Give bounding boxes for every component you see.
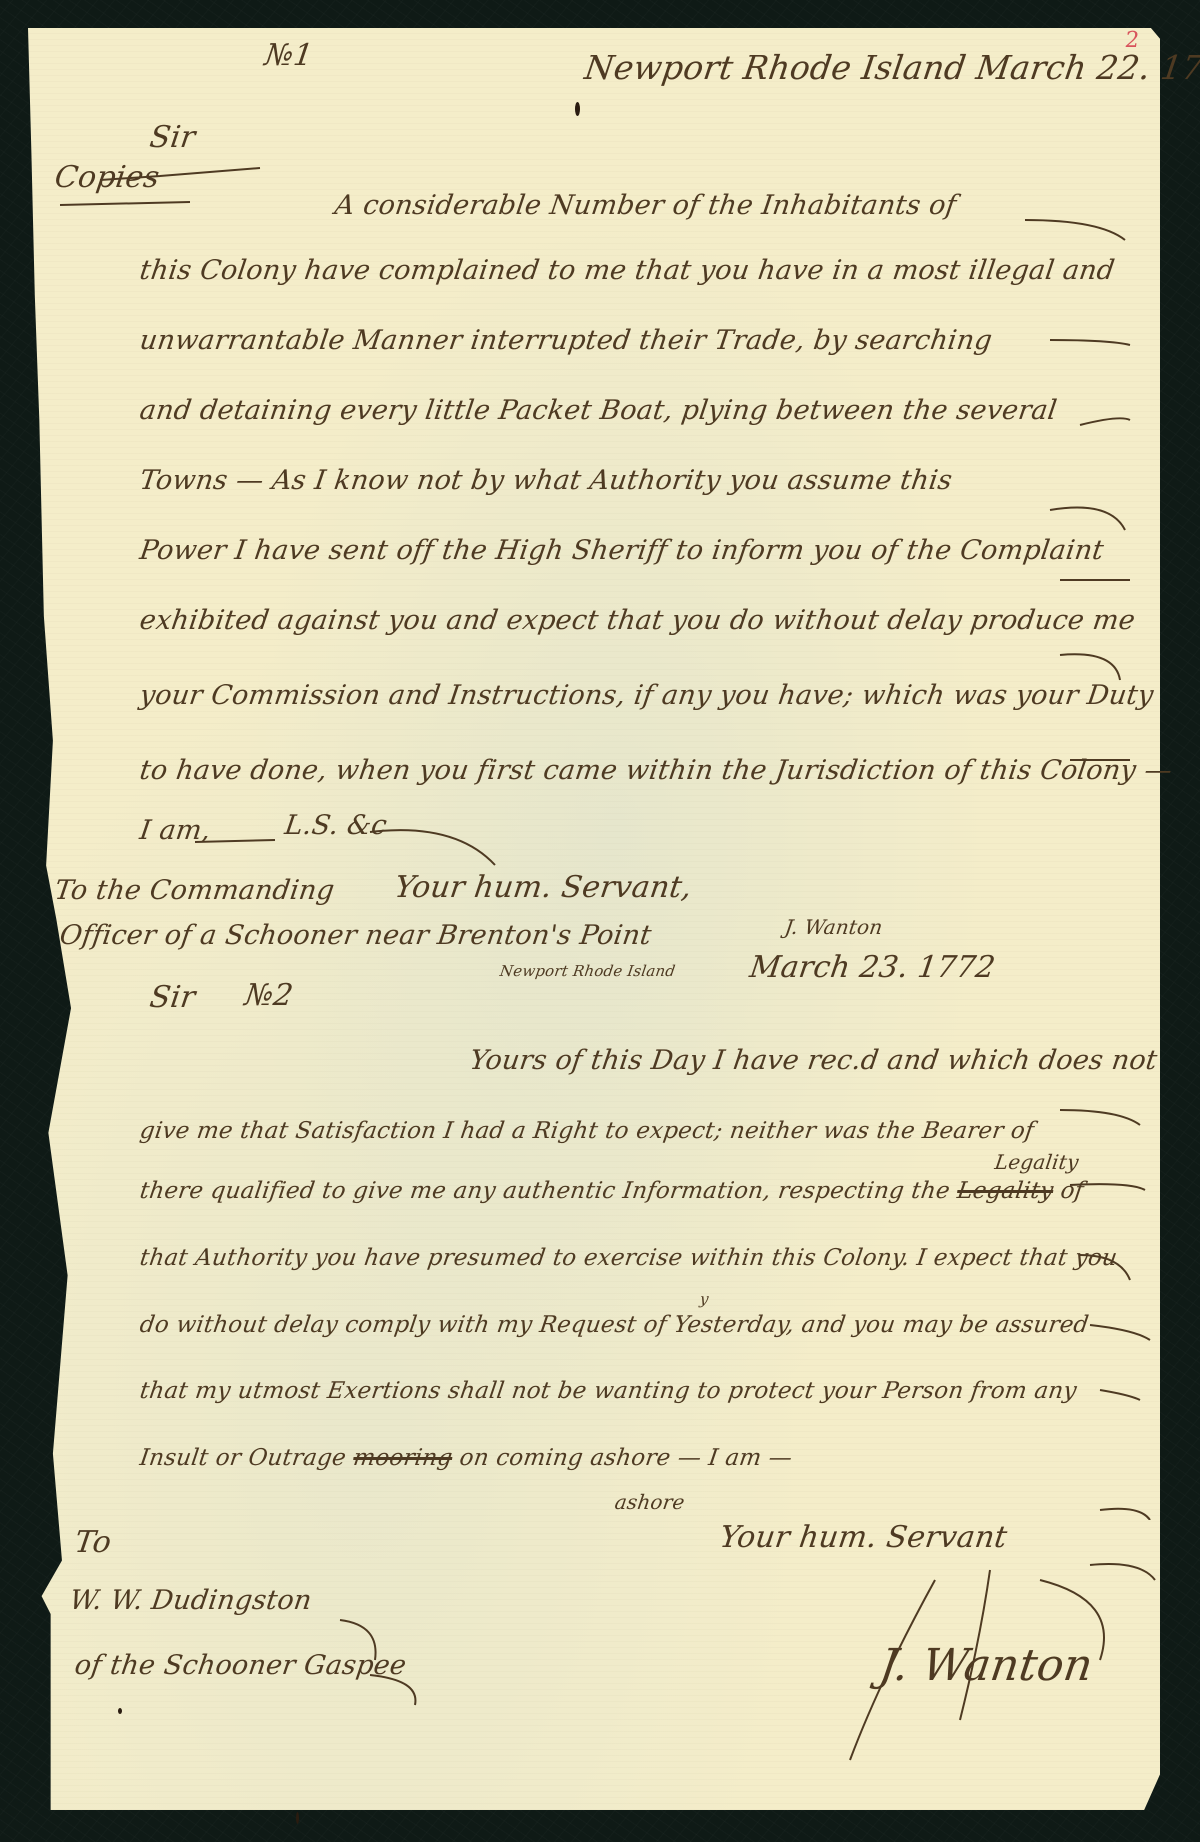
letter1-valediction: Your hum. Servant,: [393, 870, 695, 905]
letter1-line-5: Towns — As I know not by what Authority …: [138, 465, 954, 496]
letter1-number: №1: [263, 38, 316, 73]
ink-blot: [575, 102, 580, 116]
letter1-line-1: A considerable Number of the Inhabitants…: [333, 190, 958, 221]
letter1-place-date: Newport Rhode Island March 22. 1772: [582, 48, 1200, 87]
letter2-date: March 23. 1772: [748, 950, 998, 985]
letter2-line-1: Yours of this Day I have rec.d and which…: [468, 1045, 1159, 1076]
letter2-line-7-end: on coming ashore — I am —: [458, 1445, 794, 1471]
letter1-line-3: unwarrantable Manner interrupted their T…: [138, 325, 994, 356]
letter2-line-3: there qualified to give me any authentic…: [138, 1178, 1085, 1204]
letter2-salutation: Sir: [148, 980, 198, 1015]
letter2-line-2: give me that Satisfaction I had a Right …: [138, 1118, 1035, 1144]
letter2-struck-mooring: mooring: [352, 1445, 454, 1471]
letter2-line-end-flourishes: [1040, 1090, 1160, 1520]
letter1-addressee-line2: Officer of a Schooner near Brenton's Poi…: [58, 920, 654, 951]
letter2-ashore-note: ashore: [613, 1490, 686, 1514]
letter1-line-4: and detaining every little Packet Boat, …: [138, 395, 1059, 426]
letter1-line-6: Power I have sent off the High Sheriff t…: [138, 535, 1106, 566]
letter1-line-8: your Commission and Instructions, if any…: [138, 680, 1156, 711]
letter1-addressee-line1: To the Commanding: [53, 875, 337, 906]
letter1-line-9: to have done, when you first came within…: [138, 755, 1174, 786]
letter1-line-2: this Colony have complained to me that y…: [138, 255, 1117, 286]
letter2-line-6: that my utmost Exertions shall not be wa…: [138, 1378, 1078, 1404]
ink-spot: [296, 1812, 299, 1824]
ink-spot: [118, 1708, 122, 1714]
letter2-place: Newport Rhode Island: [499, 962, 677, 980]
signature-flourish: [840, 1560, 1160, 1810]
letter2-line-3-text: there qualified to give me any authentic…: [138, 1178, 951, 1204]
letter2-number: №2: [243, 978, 296, 1013]
copies-underline-flourish: [40, 150, 270, 220]
letter2-line-4: that Authority you have presumed to exer…: [138, 1245, 1119, 1271]
line-end-flourishes: [1020, 200, 1150, 800]
letter2-line-7: Insult or Outrage mooring on coming asho…: [138, 1445, 794, 1471]
letter1-signature: J. Wanton: [783, 915, 884, 939]
letter2-addressee-to: To: [73, 1525, 114, 1560]
letter2-valediction: Your hum. Servant: [718, 1520, 1010, 1555]
letter2-line-7-text: Insult or Outrage: [138, 1445, 348, 1471]
addressee-flourishes: [200, 1580, 440, 1710]
letter2-line-5: do without delay comply with my Request …: [138, 1312, 1090, 1338]
letter1-line-7: exhibited against you and expect that yo…: [138, 605, 1137, 636]
